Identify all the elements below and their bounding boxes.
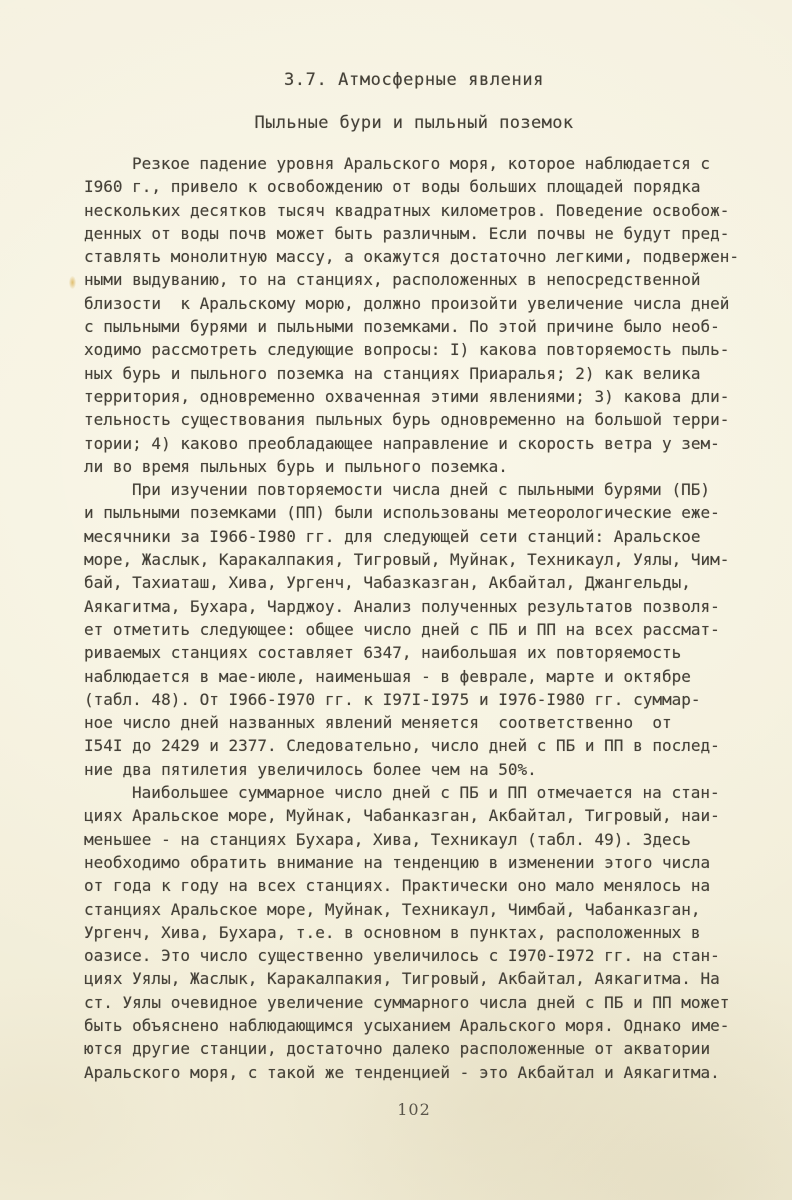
text-line: тории; 4) каково преобладающее направлен… [84, 432, 756, 455]
text-line: I960 г., привело к освобождению от воды … [84, 175, 756, 198]
text-line: быть объяснено наблюдающимся усыханием А… [84, 1014, 756, 1037]
text-line: станциях Аральское море, Муйнак, Техника… [84, 898, 756, 921]
text-line: и пыльными поземками (ПП) были использов… [84, 501, 756, 524]
text-line: оазисе. Это число существенно увеличилос… [84, 944, 756, 967]
text-line: ет отметить следующее: общее число дней … [84, 618, 756, 641]
text-line: ное число дней названных явлений меняетс… [84, 711, 756, 734]
paragraph: Резкое падение уровня Аральского моря, к… [84, 152, 756, 478]
text-line: ходимо рассмотреть следующие вопросы: I)… [84, 338, 756, 361]
text-line: наблюдается в мае-июле, наименьшая - в ф… [84, 665, 756, 688]
text-line: Наибольшее суммарное число дней с ПБ и П… [84, 781, 756, 804]
text-line: Ургенч, Хива, Бухара, т.е. в основном в … [84, 921, 756, 944]
paper-stain [69, 276, 76, 289]
text-line: циях Аральское море, Муйнак, Чабанказган… [84, 804, 756, 827]
text-line: нескольких десятков тысяч квадратных кил… [84, 199, 756, 222]
text-line: с пыльными бурями и пыльными поземками. … [84, 315, 756, 338]
text-line: ных бурь и пыльного поземка на станциях … [84, 362, 756, 385]
text-line: риваемых станциях составляет 6347, наибо… [84, 641, 756, 664]
text-line: ставлять монолитную массу, а окажутся до… [84, 245, 756, 268]
text-line: ст. Уялы очевидное увеличение суммарного… [84, 991, 756, 1014]
paragraph: Наибольшее суммарное число дней с ПБ и П… [84, 781, 756, 1084]
text-line: Аякагитма, Бухара, Чарджоу. Анализ получ… [84, 595, 756, 618]
body-text: Резкое падение уровня Аральского моря, к… [84, 152, 756, 1084]
text-line: необходимо обратить внимание на тенденци… [84, 851, 756, 874]
text-line: близости к Аральскому морю, должно произ… [84, 292, 756, 315]
text-line: ние два пятилетия увеличилось более чем … [84, 758, 756, 781]
heading-block: 3.7. Атмосферные явления Пыльные бури и … [84, 70, 744, 133]
text-line: денных от воды почв может быть различным… [84, 222, 756, 245]
text-line: тельность существования пыльных бурь одн… [84, 408, 756, 431]
page-number: 102 [84, 1100, 744, 1119]
paragraph: При изучении повторяемости числа дней с … [84, 478, 756, 781]
text-line: I54I до 2429 и 2377. Следовательно, числ… [84, 734, 756, 757]
text-line: При изучении повторяемости числа дней с … [84, 478, 756, 501]
text-line: месячники за I966-I980 гг. для следующей… [84, 525, 756, 548]
text-line: ли во время пыльных бурь и пыльного позе… [84, 455, 756, 478]
text-line: Резкое падение уровня Аральского моря, к… [84, 152, 756, 175]
text-line: меньшее - на станциях Бухара, Хива, Техн… [84, 828, 756, 851]
text-line: циях Уялы, Жаслык, Каракалпакия, Тигровы… [84, 967, 756, 990]
text-line: Аральского моря, с такой же тенденцией -… [84, 1061, 756, 1084]
text-line: бай, Тахиаташ, Хива, Ургенч, Чабазказган… [84, 571, 756, 594]
scanned-document-page: 3.7. Атмосферные явления Пыльные бури и … [0, 0, 792, 1200]
text-line: от года к году на всех станциях. Практич… [84, 874, 756, 897]
section-title: 3.7. Атмосферные явления [84, 70, 744, 90]
text-line: море, Жаслык, Каракалпакия, Тигровый, Му… [84, 548, 756, 571]
text-line: ными выдуванию, то на станциях, располож… [84, 268, 756, 291]
text-line: (табл. 48). От I966-I970 гг. к I97I-I975… [84, 688, 756, 711]
text-line: территория, одновременно охваченная этим… [84, 385, 756, 408]
text-line: ются другие станции, достаточно далеко р… [84, 1037, 756, 1060]
document-subtitle: Пыльные бури и пыльный поземок [84, 113, 744, 133]
